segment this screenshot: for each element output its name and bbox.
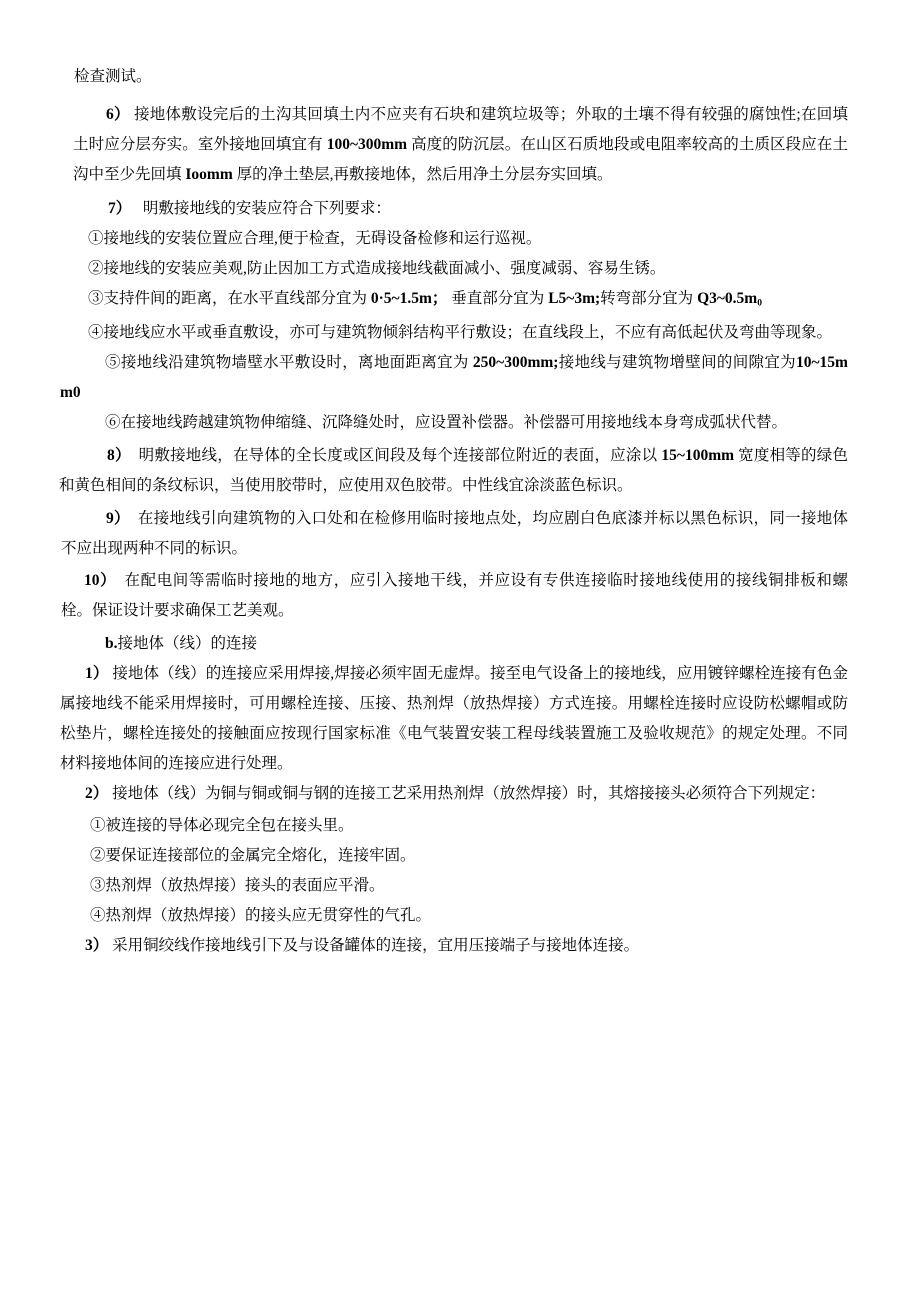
- text-segment: ⑥在接地线跨越建筑物伸缩缝、沉降缝处时，应设置补偿器。补偿器可用接地线本身弯成弧…: [105, 414, 787, 431]
- text-segment: 明敷接地线的安装应符合下列要求：: [124, 200, 391, 217]
- text-segment: ③热剂焊（放热焊接）接头的表面应平滑。: [90, 877, 385, 894]
- text-segment: 250~300mm;: [473, 354, 559, 371]
- paragraph-item-9: 9） 在接地线引向建筑物的入口处和在检修用临时接地点处，均应剧白色底漆并标以黑色…: [61, 504, 848, 564]
- text-segment: 1）: [85, 665, 108, 682]
- text-segment: ④热剂焊（放热焊接）的接头应无贯穿性的气孔。: [90, 907, 431, 924]
- list-item-b2-circle-4: ④热剂焊（放热焊接）的接头应无贯穿性的气孔。: [90, 901, 848, 931]
- text-segment: 6）: [106, 106, 130, 123]
- text-segment: ①接地线的安装位置应合理,便于检查，无碍设备检修和运行巡视。: [88, 230, 541, 247]
- text-segment: 15~100mm: [661, 447, 734, 464]
- text-segment: ②接地线的安装应美观,防止因加工方式造成接地线截面减小、强度减弱、容易生锈。: [88, 260, 665, 277]
- text-segment: L5~3m;: [548, 290, 600, 307]
- text-segment: 转弯部分宜为: [600, 290, 697, 307]
- heading-b: b.接地体（线）的连接: [105, 629, 848, 659]
- text-segment: 在接地线引向建筑物的入口处和在检修用临时接地点处，均应剧白色底漆并标以黑色标识，…: [61, 510, 848, 557]
- text-segment: 检查测试。: [74, 68, 152, 85]
- text-segment: 垂直部分宜为: [447, 290, 548, 307]
- list-item-circle-4: ④接地线应水平或垂直敷设，亦可与建筑物倾斜结构平行敷设；在直线段上，不应有高低起…: [60, 318, 848, 348]
- document-body: 检查测试。6） 接地体敷设完后的土沟其回填土内不应夹有石块和建筑垃圾等；外取的土…: [0, 0, 920, 961]
- text-segment: 厚的净土垫层,再敷接地体，然后用净土分层夯实回填。: [233, 166, 613, 183]
- paragraph-item-7: 7） 明敷接地线的安装应符合下列要求：: [108, 194, 848, 224]
- text-segment: 2）: [85, 785, 108, 802]
- list-item-circle-3: ③支持件间的距离，在水平直线部分宜为 0·5~1.5m； 垂直部分宜为 L5~3…: [88, 284, 848, 318]
- paragraph-item-8: 8） 明敷接地线，在导体的全长度或区间段及每个连接部位附近的表面，应涂以 15~…: [59, 441, 848, 501]
- text-segment: 3）: [85, 937, 108, 954]
- text-segment: 7）: [108, 200, 124, 217]
- text-segment: ①被连接的导体必现完全包在接头里。: [90, 817, 354, 834]
- text-segment: 接地体（线）的连接应采用焊接,焊接必须牢固无虚焊。接至电气设备上的接地线，应用镀…: [60, 665, 848, 772]
- text-segment: 明敷接地线，在导体的全长度或区间段及每个连接部位附近的表面，应涂以: [123, 447, 661, 464]
- list-item-circle-5: ⑤接地线沿建筑物墙壁水平敷设时，离地面距离宜为 250~300mm;接地线与建筑…: [60, 348, 848, 408]
- text-segment: 8）: [107, 447, 123, 464]
- text-segment: 0: [757, 297, 762, 308]
- document-page: 检查测试。6） 接地体敷设完后的土沟其回填土内不应夹有石块和建筑垃圾等；外取的土…: [0, 0, 920, 1301]
- paragraph-item-b2: 2） 接地体（线）为铜与铜或铜与钢的连接工艺采用热剂焊（放然焊接）时，其熔接接头…: [60, 779, 848, 809]
- paragraph-item-6: 6） 接地体敷设完后的土沟其回填土内不应夹有石块和建筑垃圾等；外取的土壤不得有较…: [73, 100, 848, 190]
- list-item-b2-circle-3: ③热剂焊（放热焊接）接头的表面应平滑。: [90, 871, 848, 901]
- text-segment: 接地体（线）的连接: [118, 635, 258, 652]
- list-item-circle-1: ①接地线的安装位置应合理,便于检查，无碍设备检修和运行巡视。: [88, 224, 848, 254]
- paragraph-item-b1: 1） 接地体（线）的连接应采用焊接,焊接必须牢固无虚焊。接至电气设备上的接地线，…: [60, 659, 848, 779]
- paragraph-item-b3: 3） 采用铜绞线作接地线引下及与设备罐体的连接，宜用压接端子与接地体连接。: [85, 931, 848, 961]
- text-segment: ②要保证连接部位的金属完全熔化，连接牢固。: [90, 847, 416, 864]
- text-segment: 接地体（线）为铜与铜或铜与钢的连接工艺采用热剂焊（放然焊接）时，其熔接接头必须符…: [108, 785, 825, 802]
- paragraph-continuation-top: 检查测试。: [74, 62, 848, 92]
- text-segment: 0·5~1.5m；: [371, 290, 448, 307]
- text-segment: Ioomm: [185, 166, 232, 183]
- text-segment: 采用铜绞线作接地线引下及与设备罐体的连接，宜用压接端子与接地体连接。: [108, 937, 639, 954]
- text-segment: 10）: [84, 572, 108, 589]
- text-segment: 9）: [106, 510, 122, 527]
- text-segment: 接地线与建筑物增壁间的间隙宜为: [558, 354, 796, 371]
- list-item-b2-circle-1: ①被连接的导体必现完全包在接头里。: [90, 811, 848, 841]
- text-segment: ⑤接地线沿建筑物墙壁水平敷设时，离地面距离宜为: [105, 354, 473, 371]
- list-item-circle-2: ②接地线的安装应美观,防止因加工方式造成接地线截面减小、强度减弱、容易生锈。: [88, 254, 848, 284]
- text-segment: 在配电间等需临时接地的地方，应引入接地干线，并应设有专供连接临时接地线使用的接线…: [61, 572, 848, 619]
- text-segment: ④接地线应水平或垂直敷设，亦可与建筑物倾斜结构平行敷设；在直线段上，不应有高低起…: [88, 324, 832, 341]
- text-segment: b.: [105, 635, 118, 652]
- list-item-b2-circle-2: ②要保证连接部位的金属完全熔化，连接牢固。: [90, 841, 848, 871]
- text-segment: 100~300mm: [327, 136, 407, 153]
- list-item-circle-6: ⑥在接地线跨越建筑物伸缩缝、沉降缝处时，应设置补偿器。补偿器可用接地线本身弯成弧…: [105, 408, 848, 438]
- paragraph-item-10: 10） 在配电间等需临时接地的地方，应引入接地干线，并应设有专供连接临时接地线使…: [61, 566, 848, 626]
- text-segment: ③支持件间的距离，在水平直线部分宜为: [88, 290, 371, 307]
- text-segment: Q3~0.5m: [697, 290, 757, 307]
